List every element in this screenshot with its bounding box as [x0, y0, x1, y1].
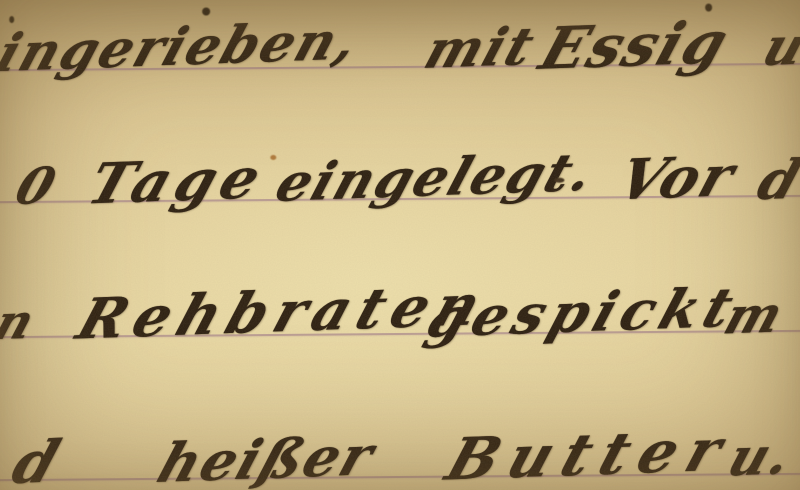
handwritten-word: Vor [612, 148, 743, 208]
ink-speck [705, 4, 712, 12]
ink-speck [9, 16, 14, 23]
handwritten-word: d [6, 432, 68, 490]
handwriting-layer: ingerieben,mitEssigu0Tageeingelegt.Vordn… [0, 0, 798, 3]
handwritten-word: Butter [440, 421, 740, 489]
ink-speck [554, 178, 564, 183]
handwritten-word: mit [419, 21, 542, 77]
handwritten-word: eingelegt. [270, 147, 601, 210]
handwritten-word: d [752, 152, 800, 208]
handwritten-word: ingerieben, [0, 15, 366, 80]
photo-handwritten-recipe: ingerieben,mitEssigu0Tageeingelegt.Vordn… [0, 0, 800, 490]
ruled-lines-layer [0, 0, 798, 3]
handwritten-word: Tage [82, 150, 273, 212]
paper-sheet: ingerieben,mitEssigu0Tageeingelegt.Vordn… [0, 0, 800, 490]
ink-speck [270, 155, 276, 160]
handwritten-word: n [0, 298, 42, 347]
handwritten-word: heißer [152, 428, 382, 490]
handwritten-word: Essig [534, 13, 737, 78]
handwritten-word: gespickt [421, 280, 746, 345]
ink-specks-layer [0, 0, 798, 3]
handwritten-word: 0 [10, 161, 64, 212]
ink-speck [202, 7, 210, 15]
handwritten-word: u [757, 21, 800, 75]
